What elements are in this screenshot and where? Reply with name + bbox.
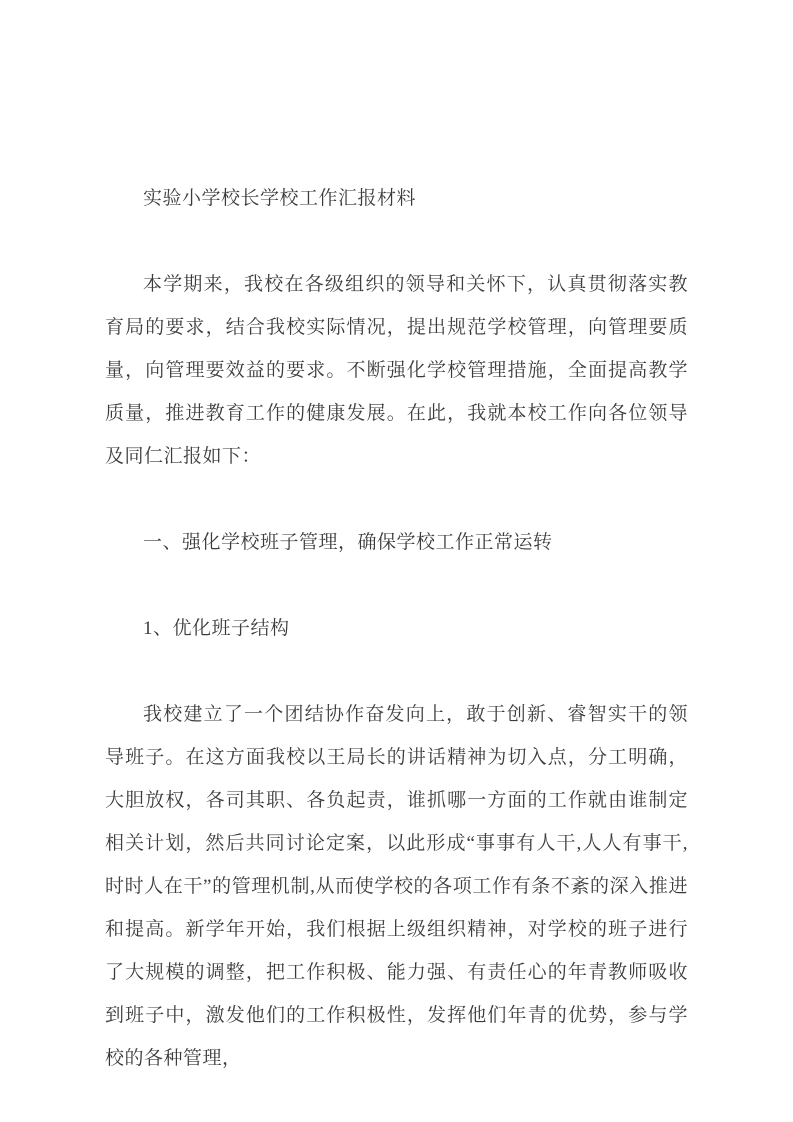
section-1-sub-1-paragraph: 我校建立了一个团结协作奋发向上，敢于创新、睿智实干的领导班子。在这方面我校以王局… bbox=[105, 693, 688, 1080]
document-content: 实验小学校长学校工作汇报材料 本学期来，我校在各级组织的领导和关怀下，认真贯彻落… bbox=[105, 177, 688, 1080]
document-title: 实验小学校长学校工作汇报材料 bbox=[105, 177, 688, 220]
intro-paragraph: 本学期来，我校在各级组织的领导和关怀下，认真贯彻落实教育局的要求，结合我校实际情… bbox=[105, 263, 688, 478]
document-page: 实验小学校长学校工作汇报材料 本学期来，我校在各级组织的领导和关怀下，认真贯彻落… bbox=[0, 0, 793, 1122]
section-1-heading: 一、强化学校班子管理，确保学校工作正常运转 bbox=[105, 521, 688, 564]
section-1-sub-1-heading: 1、优化班子结构 bbox=[105, 607, 688, 650]
